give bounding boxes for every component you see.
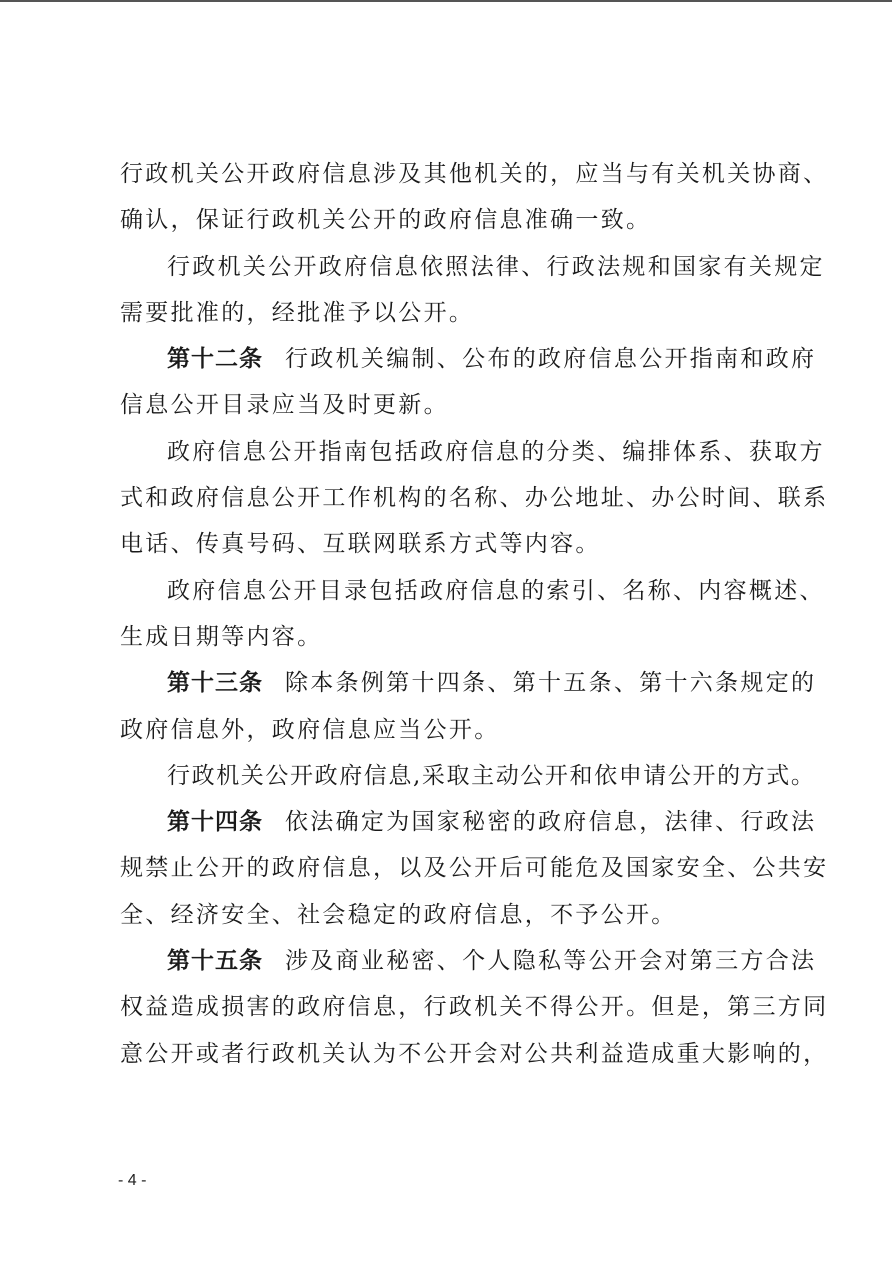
text-line: 政府信息公开目录包括政府信息的索引、名称、内容概述、 bbox=[120, 568, 792, 614]
line-text: 依法确定为国家秘密的政府信息，法律、行政法 bbox=[285, 809, 816, 835]
text-line: 式和政府信息公开工作机构的名称、办公地址、办公时间、联系 bbox=[120, 475, 792, 521]
text-line: 行政机关公开政府信息涉及其他机关的，应当与有关机关协商、 bbox=[120, 151, 792, 197]
article-number: 第十五条 bbox=[167, 948, 263, 974]
text-line: 第十三条除本条例第十四条、第十五条、第十六条规定的 bbox=[120, 660, 792, 706]
line-text: 全、经济安全、社会稳定的政府信息，不予公开。 bbox=[120, 902, 677, 928]
document-page: 行政机关公开政府信息涉及其他机关的，应当与有关机关协商、 确认，保证行政机关公开… bbox=[0, 0, 892, 1262]
line-text: 政府信息公开目录包括政府信息的索引、名称、内容概述、 bbox=[167, 578, 825, 604]
line-text: 除本条例第十四条、第十五条、第十六条规定的 bbox=[285, 670, 816, 696]
document-body: 行政机关公开政府信息涉及其他机关的，应当与有关机关协商、 确认，保证行政机关公开… bbox=[120, 151, 792, 1077]
article-number: 第十三条 bbox=[167, 670, 263, 696]
text-line: 电话、传真号码、互联网联系方式等内容。 bbox=[120, 521, 792, 567]
line-text: 涉及商业秘密、个人隐私等公开会对第三方合法 bbox=[285, 948, 816, 974]
text-line: 第十二条行政机关编制、公布的政府信息公开指南和政府 bbox=[120, 336, 792, 382]
line-text: 电话、传真号码、互联网联系方式等内容。 bbox=[120, 531, 601, 557]
text-line: 政府信息公开指南包括政府信息的分类、编排体系、获取方 bbox=[120, 429, 792, 475]
text-line: 需要批准的，经批准予以公开。 bbox=[120, 290, 792, 336]
line-text: 需要批准的，经批准予以公开。 bbox=[120, 300, 474, 326]
text-line: 规禁止公开的政府信息，以及公开后可能危及国家安全、公共安 bbox=[120, 845, 792, 891]
line-text: 行政机关公开政府信息,采取主动公开和依申请公开的方式。 bbox=[167, 763, 816, 789]
text-line: 意公开或者行政机关认为不公开会对公共利益造成重大影响的， bbox=[120, 1031, 792, 1077]
line-text: 行政机关公开政府信息涉及其他机关的，应当与有关机关协商、 bbox=[120, 161, 828, 187]
line-text: 规禁止公开的政府信息，以及公开后可能危及国家安全、公共安 bbox=[120, 855, 828, 881]
article-number: 第十四条 bbox=[167, 809, 263, 835]
text-line: 第十四条依法确定为国家秘密的政府信息，法律、行政法 bbox=[120, 799, 792, 845]
line-text: 生成日期等内容。 bbox=[120, 624, 322, 650]
page-number: - 4 - bbox=[118, 1172, 146, 1190]
text-line: 全、经济安全、社会稳定的政府信息，不予公开。 bbox=[120, 892, 792, 938]
line-text: 信息公开目录应当及时更新。 bbox=[120, 392, 449, 418]
text-line: 权益造成损害的政府信息，行政机关不得公开。但是，第三方同 bbox=[120, 984, 792, 1030]
text-line: 确认，保证行政机关公开的政府信息准确一致。 bbox=[120, 197, 792, 243]
text-line: 信息公开目录应当及时更新。 bbox=[120, 382, 792, 428]
text-line: 第十五条涉及商业秘密、个人隐私等公开会对第三方合法 bbox=[120, 938, 792, 984]
article-number: 第十二条 bbox=[167, 346, 263, 372]
text-line: 政府信息外，政府信息应当公开。 bbox=[120, 707, 792, 753]
line-text: 行政机关编制、公布的政府信息公开指南和政府 bbox=[285, 346, 816, 372]
line-text: 确认，保证行政机关公开的政府信息准确一致。 bbox=[120, 207, 651, 233]
line-text: 意公开或者行政机关认为不公开会对公共利益造成重大影响的， bbox=[120, 1041, 828, 1067]
text-line: 行政机关公开政府信息,采取主动公开和依申请公开的方式。 bbox=[120, 753, 792, 799]
line-text: 政府信息公开指南包括政府信息的分类、编排体系、获取方 bbox=[167, 439, 825, 465]
text-line: 生成日期等内容。 bbox=[120, 614, 792, 660]
line-text: 行政机关公开政府信息依照法律、行政法规和国家有关规定 bbox=[167, 254, 825, 280]
line-text: 式和政府信息公开工作机构的名称、办公地址、办公时间、联系 bbox=[120, 485, 828, 511]
line-text: 权益造成损害的政府信息，行政机关不得公开。但是，第三方同 bbox=[120, 994, 828, 1020]
text-line: 行政机关公开政府信息依照法律、行政法规和国家有关规定 bbox=[120, 244, 792, 290]
line-text: 政府信息外，政府信息应当公开。 bbox=[120, 717, 500, 743]
